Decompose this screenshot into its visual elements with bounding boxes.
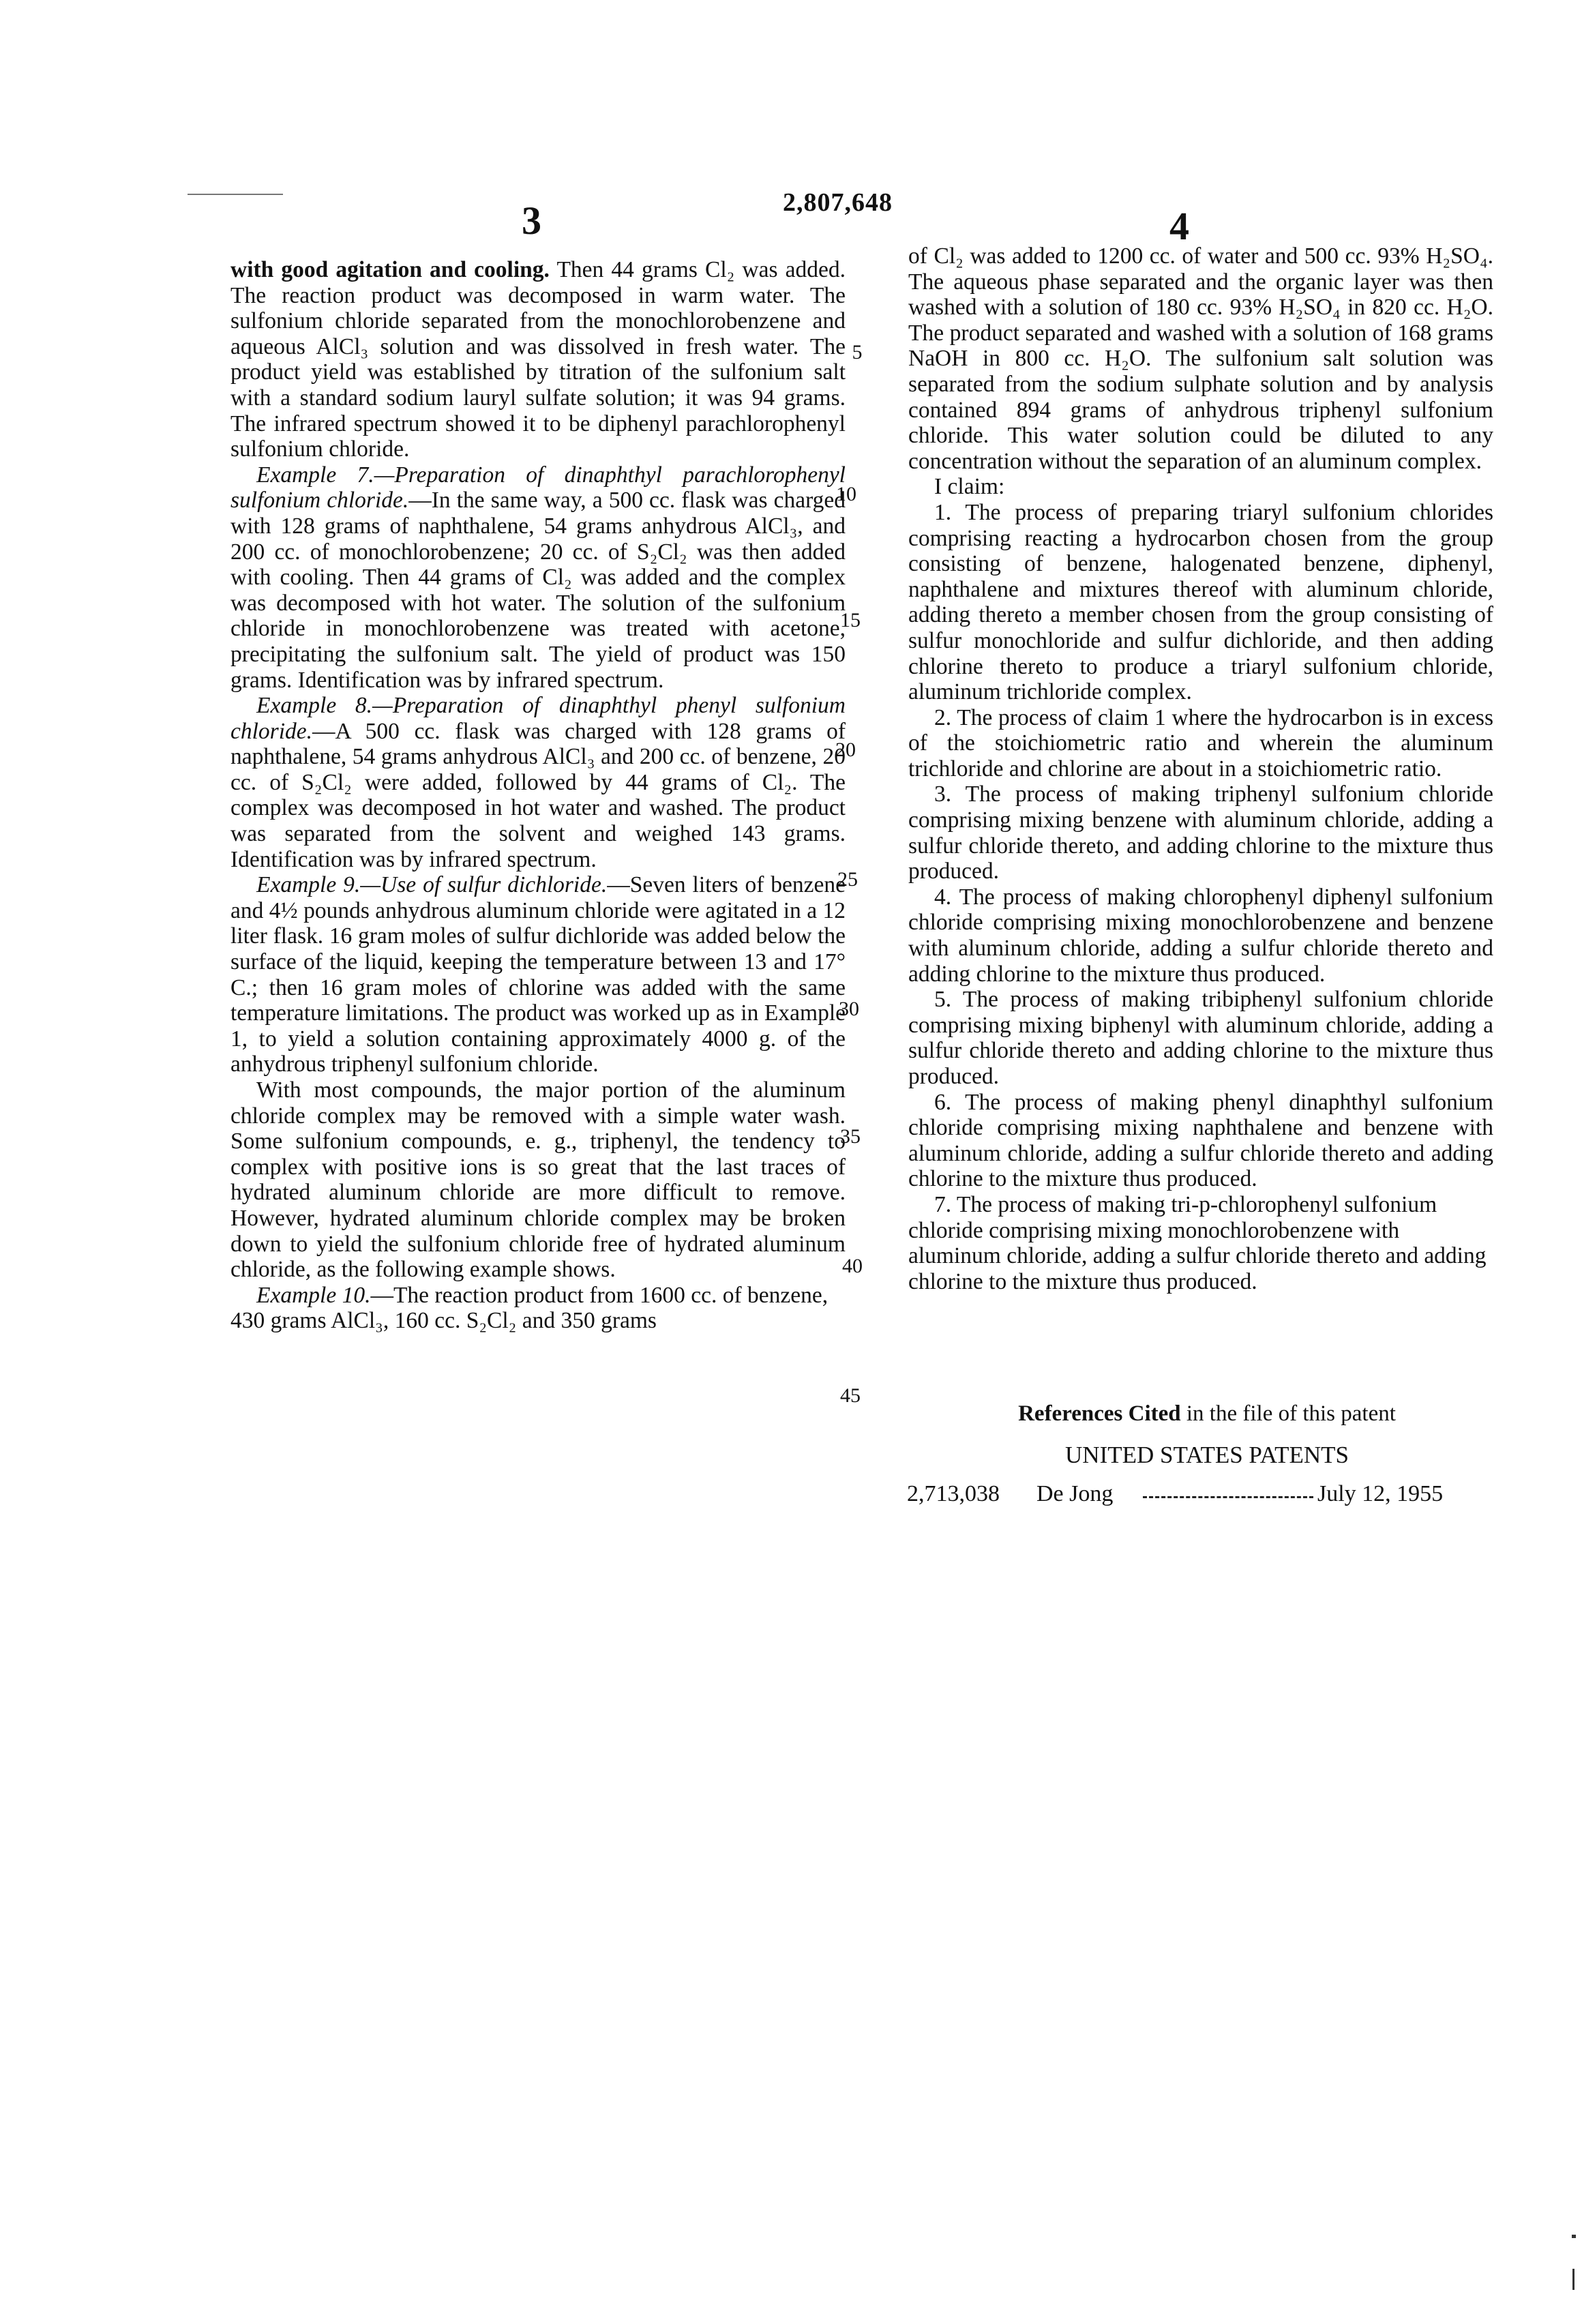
claims-intro: I claim:: [908, 474, 1493, 500]
claim-2: 2. The process of claim 1 where the hydr…: [908, 705, 1493, 782]
example-8-text: —A 500 cc. flask was charged with 128 gr…: [230, 719, 846, 872]
reference-leader-dashes: [1143, 1481, 1313, 1498]
example-8-paragraph: Example 8.—Preparation of dinaphthyl phe…: [230, 693, 846, 872]
claim-5: 5. The process of making tribiphenyl sul…: [908, 987, 1493, 1089]
discussion-text: With most compounds, the major portion o…: [230, 1077, 846, 1282]
right-column: of Cl₂ was added to 1200 cc. of water an…: [908, 243, 1493, 1294]
example-9-title: Example 9.—Use of sulfur dichloride.: [256, 872, 607, 897]
line-number-15: 15: [833, 609, 867, 632]
reference-date: July 12, 1955: [1317, 1481, 1443, 1507]
references-heading-rest: in the file of this patent: [1181, 1401, 1396, 1426]
discussion-paragraph: With most compounds, the major portion o…: [230, 1077, 846, 1283]
claim-1: 1. The process of preparing triaryl sulf…: [908, 500, 1493, 705]
patent-number-header: 2,807,648: [783, 188, 893, 218]
reference-entry: 2,713,038 De Jong July 12, 1955: [886, 1481, 1500, 1507]
references-cited: References Cited in the file of this pat…: [886, 1401, 1500, 1507]
paragraph-text-full: Then 44 grams Cl₂ was added. The reactio…: [230, 257, 846, 462]
example-7-paragraph: Example 7.—Preparation of dinaphthyl par…: [230, 462, 846, 693]
references-subheading: UNITED STATES PATENTS: [914, 1442, 1500, 1469]
references-heading-bold: References Cited: [1018, 1401, 1181, 1426]
line-number-10: 10: [829, 483, 863, 506]
line-number-5: 5: [840, 341, 874, 364]
claim-4: 4. The process of making chlorophenyl di…: [908, 884, 1493, 987]
line-number-30: 30: [832, 998, 866, 1021]
scan-artifact-mark: [1572, 2235, 1576, 2238]
scan-artifact-mark: [188, 194, 283, 195]
right-column-number: 4: [1169, 203, 1189, 249]
example-9-paragraph: Example 9.—Use of sulfur dichloride.—Sev…: [230, 872, 846, 1077]
line-number-20: 20: [829, 739, 863, 762]
references-heading: References Cited in the file of this pat…: [914, 1401, 1500, 1427]
scan-artifact-mark: [1572, 2269, 1574, 2290]
example-10-continued: of Cl₂ was added to 1200 cc. of water an…: [908, 243, 1493, 474]
line-number-40: 40: [835, 1255, 869, 1278]
example-10-paragraph: Example 10.—The reaction product from 16…: [230, 1283, 846, 1334]
line-number-45: 45: [833, 1384, 867, 1407]
reference-patent-number: 2,713,038: [886, 1481, 1036, 1507]
left-column: with good agitation and cooling. Then 44…: [230, 257, 846, 1334]
claim-6: 6. The process of making phenyl dinaphth…: [908, 1090, 1493, 1192]
line-number-25: 25: [831, 868, 865, 891]
reference-inventor: De Jong: [1036, 1481, 1139, 1507]
line-number-35: 35: [833, 1125, 867, 1148]
example-10-title: Example 10.: [256, 1283, 370, 1308]
claim-7: 7. The process of making tri-p-chlorophe…: [908, 1192, 1493, 1294]
example-9-text: —Seven liters of benzene and 4½ pounds a…: [230, 872, 846, 1077]
left-column-number: 3: [522, 198, 541, 243]
example-7-text: —In the same way, a 500 cc. flask was ch…: [230, 488, 846, 692]
claim-3: 3. The process of making triphenyl sulfo…: [908, 781, 1493, 884]
continued-lead: with good agitation and cooling.: [230, 257, 550, 282]
paragraph-continued: with good agitation and cooling. Then 44…: [230, 257, 846, 462]
